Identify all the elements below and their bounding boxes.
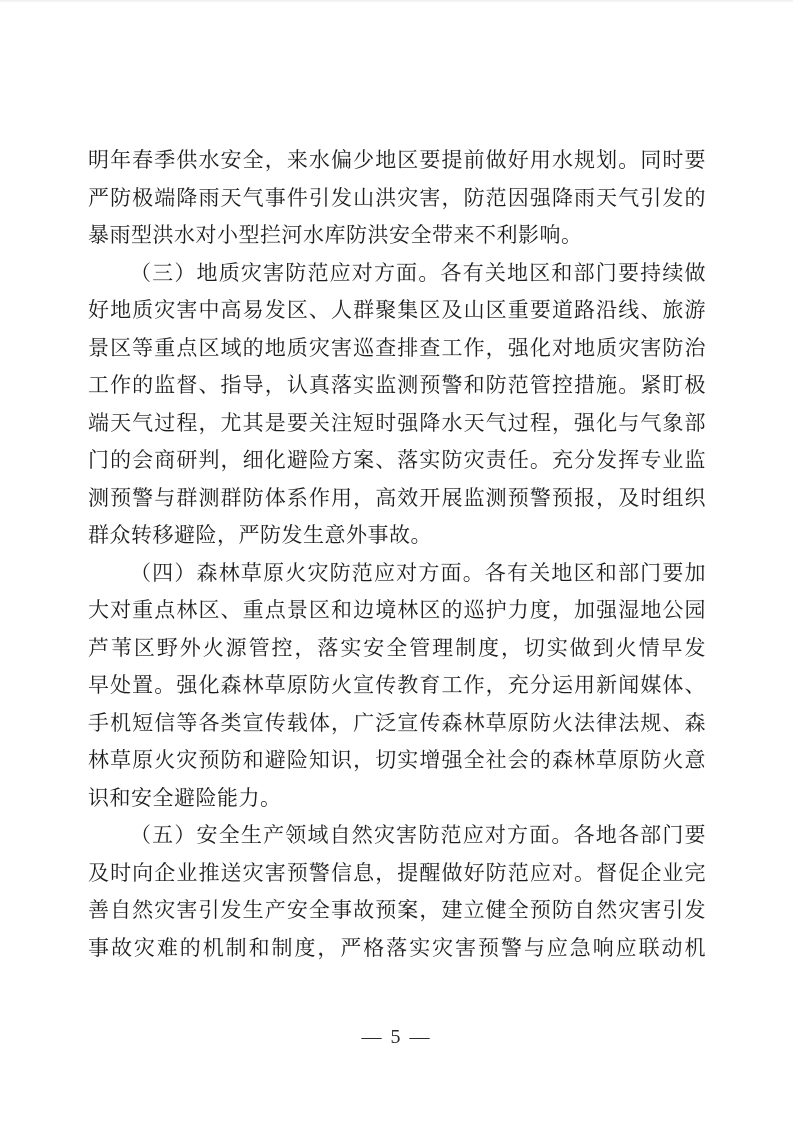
text-line: 端天气过程，尤其是要关注短时强降水天气过程，强化与气象部 [88, 405, 706, 443]
text-line: 早处置。强化森林草原防火宣传教育工作，充分运用新闻媒体、 [88, 667, 706, 705]
paragraph-forest-grassland-fire: （四）森林草原火灾防范应对方面。各有关地区和部门要加 大对重点林区、重点景区和边… [88, 555, 706, 818]
text-line: 识和安全避险能力。 [88, 780, 706, 818]
text-line: 大对重点林区、重点景区和边境林区的巡护力度，加强湿地公园 [88, 592, 706, 630]
text-line: 群众转移避险，严防发生意外事故。 [88, 517, 706, 555]
text-line: 暴雨型洪水对小型拦河水库防洪安全带来不利影响。 [88, 217, 706, 255]
text-line: 明年春季供水安全，来水偏少地区要提前做好用水规划。同时要 [88, 142, 706, 180]
text-line: 芦苇区野外火源管控，落实安全管理制度，切实做到火情早发现、 [88, 630, 706, 668]
text-line: 好地质灾害中高易发区、人群聚集区及山区重要道路沿线、旅游 [88, 292, 706, 330]
text-line: 景区等重点区域的地质灾害巡查排查工作，强化对地质灾害防治 [88, 330, 706, 368]
text-line: 手机短信等各类宣传载体，广泛宣传森林草原防火法律法规、森 [88, 705, 706, 743]
paragraph-continuation-water-supply: 明年春季供水安全，来水偏少地区要提前做好用水规划。同时要 严防极端降雨天气事件引… [88, 142, 706, 255]
text-line: 善自然灾害引发生产安全事故预案，建立健全预防自然灾害引发 [88, 892, 706, 930]
text-line: （五）安全生产领域自然灾害防范应对方面。各地各部门要 [88, 817, 706, 855]
text-line: （三）地质灾害防范应对方面。各有关地区和部门要持续做 [88, 255, 706, 293]
body-text: 明年春季供水安全，来水偏少地区要提前做好用水规划。同时要 严防极端降雨天气事件引… [88, 142, 706, 967]
text-line: 及时向企业推送灾害预警信息，提醒做好防范应对。督促企业完 [88, 855, 706, 893]
text-line: （四）森林草原火灾防范应对方面。各有关地区和部门要加 [88, 555, 706, 593]
text-line: 测预警与群测群防体系作用，高效开展监测预警预报，及时组织 [88, 480, 706, 518]
page-number: — 5 — [0, 1026, 793, 1049]
document-page: 明年春季供水安全，来水偏少地区要提前做好用水规划。同时要 严防极端降雨天气事件引… [0, 0, 793, 1122]
text-line: 林草原火灾预防和避险知识，切实增强全社会的森林草原防火意 [88, 742, 706, 780]
scan-edge-artifact [0, 0, 793, 3]
paragraph-work-safety-natural-disasters: （五）安全生产领域自然灾害防范应对方面。各地各部门要 及时向企业推送灾害预警信息… [88, 817, 706, 967]
paragraph-geological-disasters: （三）地质灾害防范应对方面。各有关地区和部门要持续做 好地质灾害中高易发区、人群… [88, 255, 706, 555]
text-line: 门的会商研判，细化避险方案、落实防灾责任。充分发挥专业监 [88, 442, 706, 480]
text-line: 事故灾难的机制和制度，严格落实灾害预警与应急响应联动机 [88, 930, 706, 968]
text-line: 工作的监督、指导，认真落实监测预警和防范管控措施。紧盯极 [88, 367, 706, 405]
text-line: 严防极端降雨天气事件引发山洪灾害，防范因强降雨天气引发的 [88, 180, 706, 218]
